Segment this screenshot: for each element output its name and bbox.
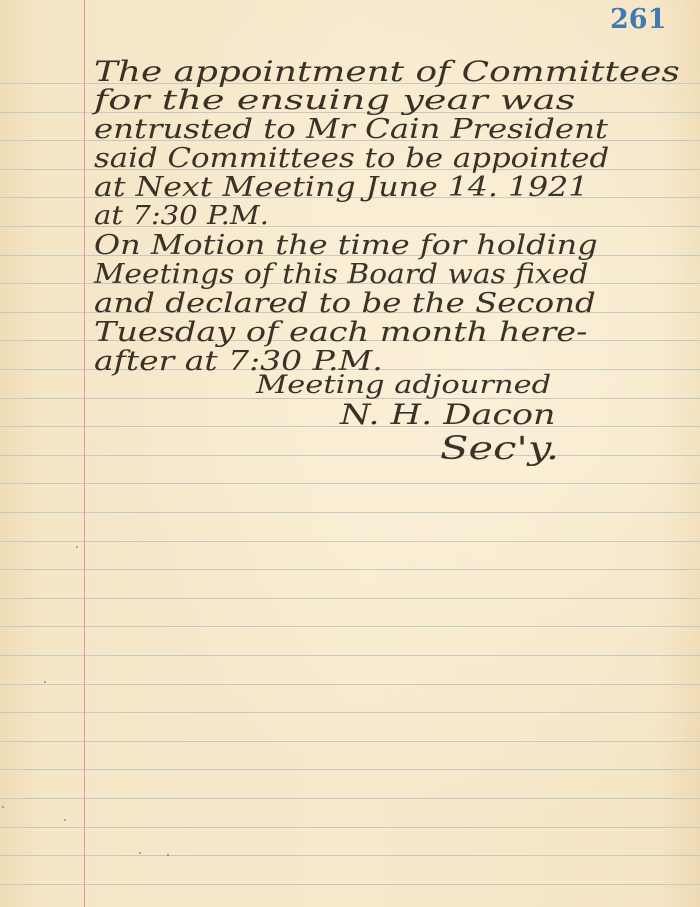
ruled-line bbox=[0, 626, 700, 627]
ruled-line bbox=[0, 884, 700, 885]
ruled-line bbox=[0, 798, 700, 799]
ruled-line bbox=[0, 827, 700, 828]
ruled-line bbox=[0, 483, 700, 484]
secretary-title: Sec'y. bbox=[440, 432, 559, 464]
minutes-line-10: Tuesday of each month here- bbox=[94, 319, 587, 346]
ledger-page: 261 The appointment of Committees for th… bbox=[0, 0, 700, 907]
paper-speck bbox=[76, 546, 78, 548]
ruled-line bbox=[0, 684, 700, 685]
minutes-line-1: The appointment of Committees bbox=[94, 58, 680, 86]
page-number: 261 bbox=[610, 4, 666, 35]
ruled-line bbox=[0, 741, 700, 742]
ruled-line bbox=[0, 769, 700, 770]
secretary-signature: N. H. Dacon bbox=[340, 401, 556, 429]
minutes-line-7: On Motion the time for holding bbox=[94, 232, 598, 259]
minutes-line-5: at Next Meeting June 14. 1921 bbox=[94, 174, 588, 201]
paper-speck bbox=[2, 806, 4, 808]
meeting-adjourned: Meeting adjourned bbox=[256, 372, 551, 397]
ruled-line bbox=[0, 655, 700, 656]
ruled-line bbox=[0, 598, 700, 599]
paper-speck bbox=[167, 854, 169, 856]
minutes-line-4: said Committees to be appointed bbox=[94, 145, 609, 172]
minutes-line-9: and declared to be the Second bbox=[94, 290, 596, 317]
minutes-line-2: for the ensuing year was bbox=[94, 87, 575, 114]
ruled-line bbox=[0, 569, 700, 570]
paper-speck bbox=[139, 852, 141, 854]
minutes-line-8: Meetings of this Board was fixed bbox=[94, 261, 588, 288]
minutes-line-6: at 7:30 P.M. bbox=[94, 203, 269, 229]
paper-speck bbox=[64, 819, 66, 821]
ruled-line bbox=[0, 541, 700, 542]
margin-line bbox=[84, 0, 85, 907]
ruled-line bbox=[0, 455, 700, 456]
ruled-line bbox=[0, 512, 700, 513]
ruled-line bbox=[0, 712, 700, 713]
minutes-line-3: entrusted to Mr Cain President bbox=[94, 116, 608, 143]
paper-speck bbox=[44, 681, 46, 683]
ruled-line bbox=[0, 855, 700, 856]
